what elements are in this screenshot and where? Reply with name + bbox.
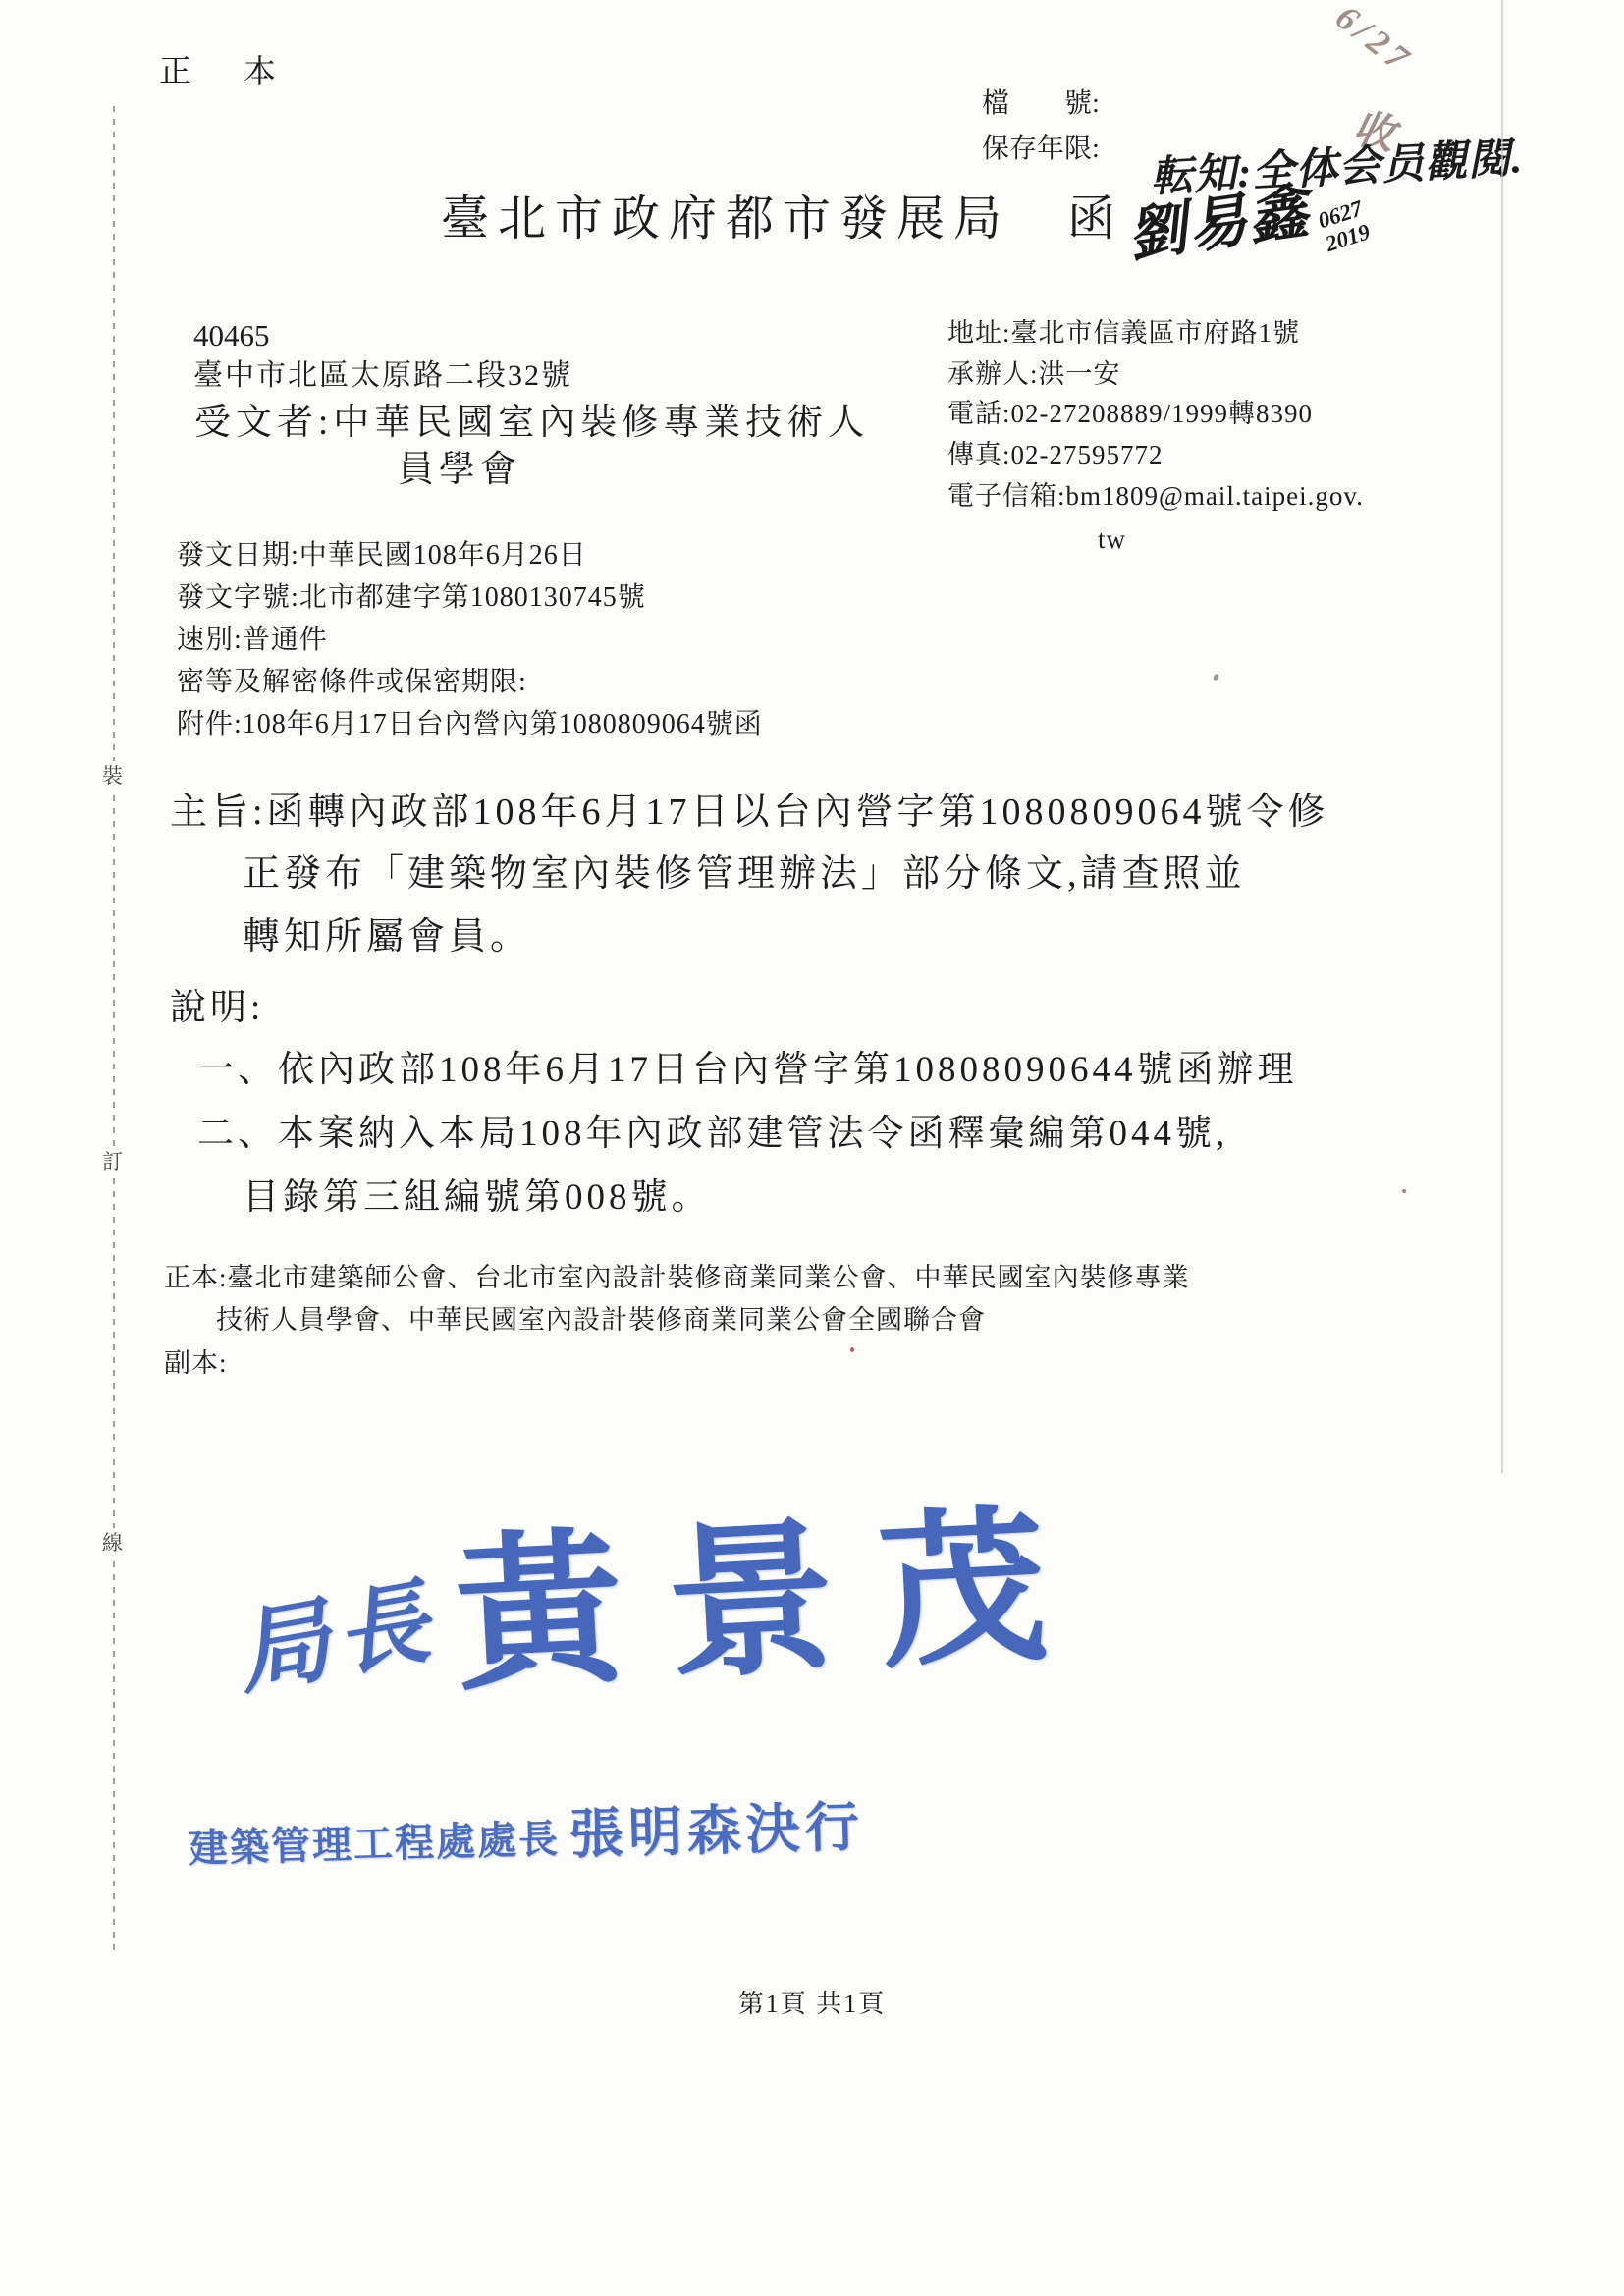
speed-class: 速別:普通件 [177, 627, 328, 654]
explanation-item1: 一、依內政部108年6月17日台內營字第10808090644號函辦理 [197, 1052, 1298, 1088]
handwritten-received-date: 6/27 [1329, 0, 1420, 80]
director-title-stamp: 局長 [230, 1575, 443, 1701]
deputy-decision-stamp: 建築管理工程處處長 張明森決行 [188, 1804, 864, 1876]
binding-mark-ding: 訂 [98, 1147, 127, 1177]
deputy-name-stamp: 張明森決行 [568, 1800, 864, 1862]
director-signature-stamp: 局長 黃景茂 [230, 1502, 1096, 1714]
agency-phone: 電話:02-27208889/1999轉8390 [947, 401, 1313, 427]
attachment-line: 附件:108年6月17日台內營內第1080809064號函 [177, 711, 763, 738]
scan-speck [1213, 673, 1220, 682]
issue-date: 發文日期:中華民國108年6月26日 [177, 542, 587, 570]
document-title: 臺北市政府都市發展局 函 [390, 194, 1175, 243]
file-number-label: 檔 號: [982, 90, 1100, 118]
agency-email-line1: 電子信箱:bm1809@mail.taipei.gov. [947, 483, 1364, 510]
binding-mark-zhuang: 裝 [98, 761, 127, 792]
explanation-item2-line2: 目錄第三組編號第008號。 [243, 1179, 712, 1216]
explanation-item2-line1: 二、本案納入本局108年內政部建管法令函釋彙編第044號, [197, 1116, 1228, 1152]
explanation-label: 說明: [170, 990, 264, 1026]
agency-address: 地址:臺北市信義區市府路1號 [947, 320, 1300, 347]
retention-period-label: 保存年限: [982, 136, 1100, 163]
agency-contact-person: 承辦人:洪一安 [947, 361, 1121, 388]
subject-line1: 主旨:函轉內政部108年6月17日以台內營字第1080809064號令修 [170, 793, 1329, 831]
document-number: 發文字號:北市都建字第1080130745號 [177, 584, 646, 612]
page-number: 第1頁 共1頁 [0, 1992, 1624, 2017]
subject-line2: 正發布「建築物室內裝修管理辦法」部分條文,請查照並 [243, 855, 1246, 893]
scan-artifact-line [1501, 0, 1503, 1473]
distribution-copy-label: 副本: [164, 1350, 228, 1377]
recipient-name-line2: 員學會 [398, 452, 521, 488]
subject-line3: 轉知所屬會員。 [243, 918, 531, 956]
scanned-official-letter: 正 本 檔 號: 保存年限: 臺北市政府都市發展局 函 6/27 收 転知:全体… [0, 0, 1624, 2296]
binding-mark-xian: 線 [98, 1528, 127, 1558]
scan-speck [1402, 1189, 1406, 1193]
distribution-original-line2: 技術人員學會、中華民國室內設計裝修商業同業公會全國聯合會 [216, 1307, 986, 1334]
recipient-address: 臺中市北區太原路二段32號 [193, 361, 572, 391]
deputy-role-stamp: 建築管理工程處處長 [189, 1820, 561, 1869]
recipient-postal-code: 40465 [193, 320, 270, 351]
scan-speck [850, 1347, 854, 1352]
agency-fax: 傳真:02-27595772 [947, 442, 1164, 468]
distribution-original-line1: 正本:臺北市建築師公會、台北市室內設計裝修商業同業公會、中華民國室內裝修專業 [164, 1265, 1190, 1291]
agency-email-line2: tw [1098, 526, 1126, 553]
security-class: 密等及解密條件或保密期限: [177, 669, 527, 696]
recipient-name-line1: 受文者:中華民國室內裝修專業技術人 [194, 405, 869, 441]
handwritten-note: 転知:全体会员觀閱. [1150, 137, 1524, 199]
handwritten-signature-date: 0627 2019 [1315, 186, 1405, 257]
binding-dotted-line [113, 106, 115, 1950]
director-name-stamp: 黃景茂 [452, 1502, 1096, 1702]
copy-type-label: 正 本 [159, 57, 286, 89]
